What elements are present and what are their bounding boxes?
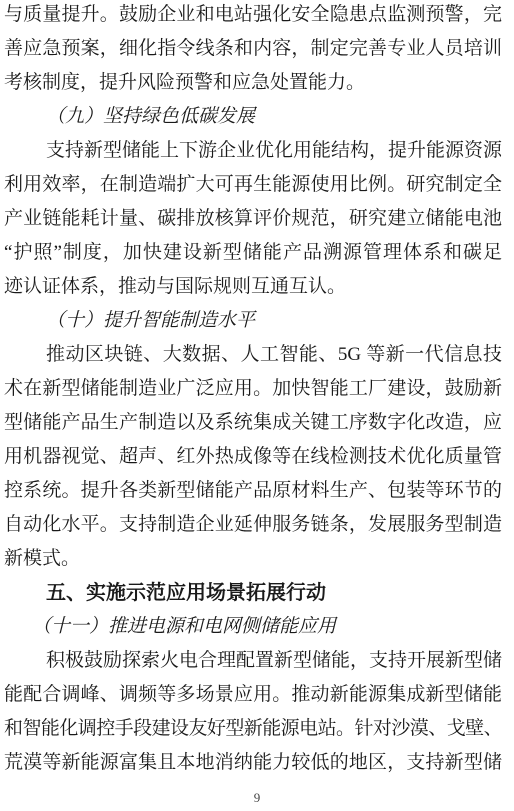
body-line: 善应急预案，细化指令线条和内容，制定完善专业人员培训 xyxy=(4,32,502,66)
body-line: 和智能化调控手段建设友好型新能源电站。针对沙漠、戈壁、 xyxy=(4,712,502,746)
body-line: “护照”制度，加快建设新型储能产品溯源管理体系和碳足 xyxy=(4,236,502,270)
subheading-item-10: （十）提升智能制造水平 xyxy=(4,304,502,338)
subheading-item-9: （九）坚持绿色低碳发展 xyxy=(4,100,502,134)
section-heading-5: 五、实施示范应用场景拓展行动 xyxy=(4,576,502,610)
body-line: 能配合调峰、调频等多场景应用。推动新能源集成新型储能 xyxy=(4,678,502,712)
body-line: 与质量提升。鼓励企业和电站强化安全隐患点监测预警，完 xyxy=(4,0,502,32)
body-line: 自动化水平。支持制造企业延伸服务链条，发展服务型制造 xyxy=(4,508,502,542)
page-body-text: 与质量提升。鼓励企业和电站强化安全隐患点监测预警，完 善应急预案，细化指令线条和… xyxy=(4,0,502,780)
body-line: 考核制度，提升风险预警和应急处置能力。 xyxy=(4,66,502,100)
page-footer: 9 xyxy=(0,789,514,807)
body-line: 迹认证体系，推动与国际规则互通互认。 xyxy=(4,270,502,304)
body-line: 积极鼓励探索火电合理配置新型储能，支持开展新型储 xyxy=(4,644,502,678)
body-line: 荒漠等新能源富集且本地消纳能力较低的地区，支持新型储 xyxy=(4,746,502,780)
body-line: 产业链能耗计量、碳排放核算评价规范，研究建立储能电池 xyxy=(4,202,502,236)
body-line: 推动区块链、大数据、人工智能、5G 等新一代信息技 xyxy=(4,338,502,372)
body-line: 控系统。提升各类新型储能产品原材料生产、包装等环节的 xyxy=(4,474,502,508)
body-line: 术在新型储能制造业广泛应用。加快智能工厂建设，鼓励新 xyxy=(4,372,502,406)
body-line: 利用效率，在制造端扩大可再生能源使用比例。研究制定全 xyxy=(4,168,502,202)
body-line: 型储能产品生产制造以及系统集成关键工序数字化改造，应 xyxy=(4,406,502,440)
subheading-item-11: （十一）推进电源和电网侧储能应用 xyxy=(4,610,502,644)
document-page: 与质量提升。鼓励企业和电站强化安全隐患点监测预警，完 善应急预案，细化指令线条和… xyxy=(0,0,514,811)
body-line: 支持新型储能上下游企业优化用能结构，提升能源资源 xyxy=(4,134,502,168)
body-line: 用机器视觉、超声、红外热成像等在线检测技术优化质量管 xyxy=(4,440,502,474)
body-line: 新模式。 xyxy=(4,542,502,576)
page-number: 9 xyxy=(254,790,261,805)
